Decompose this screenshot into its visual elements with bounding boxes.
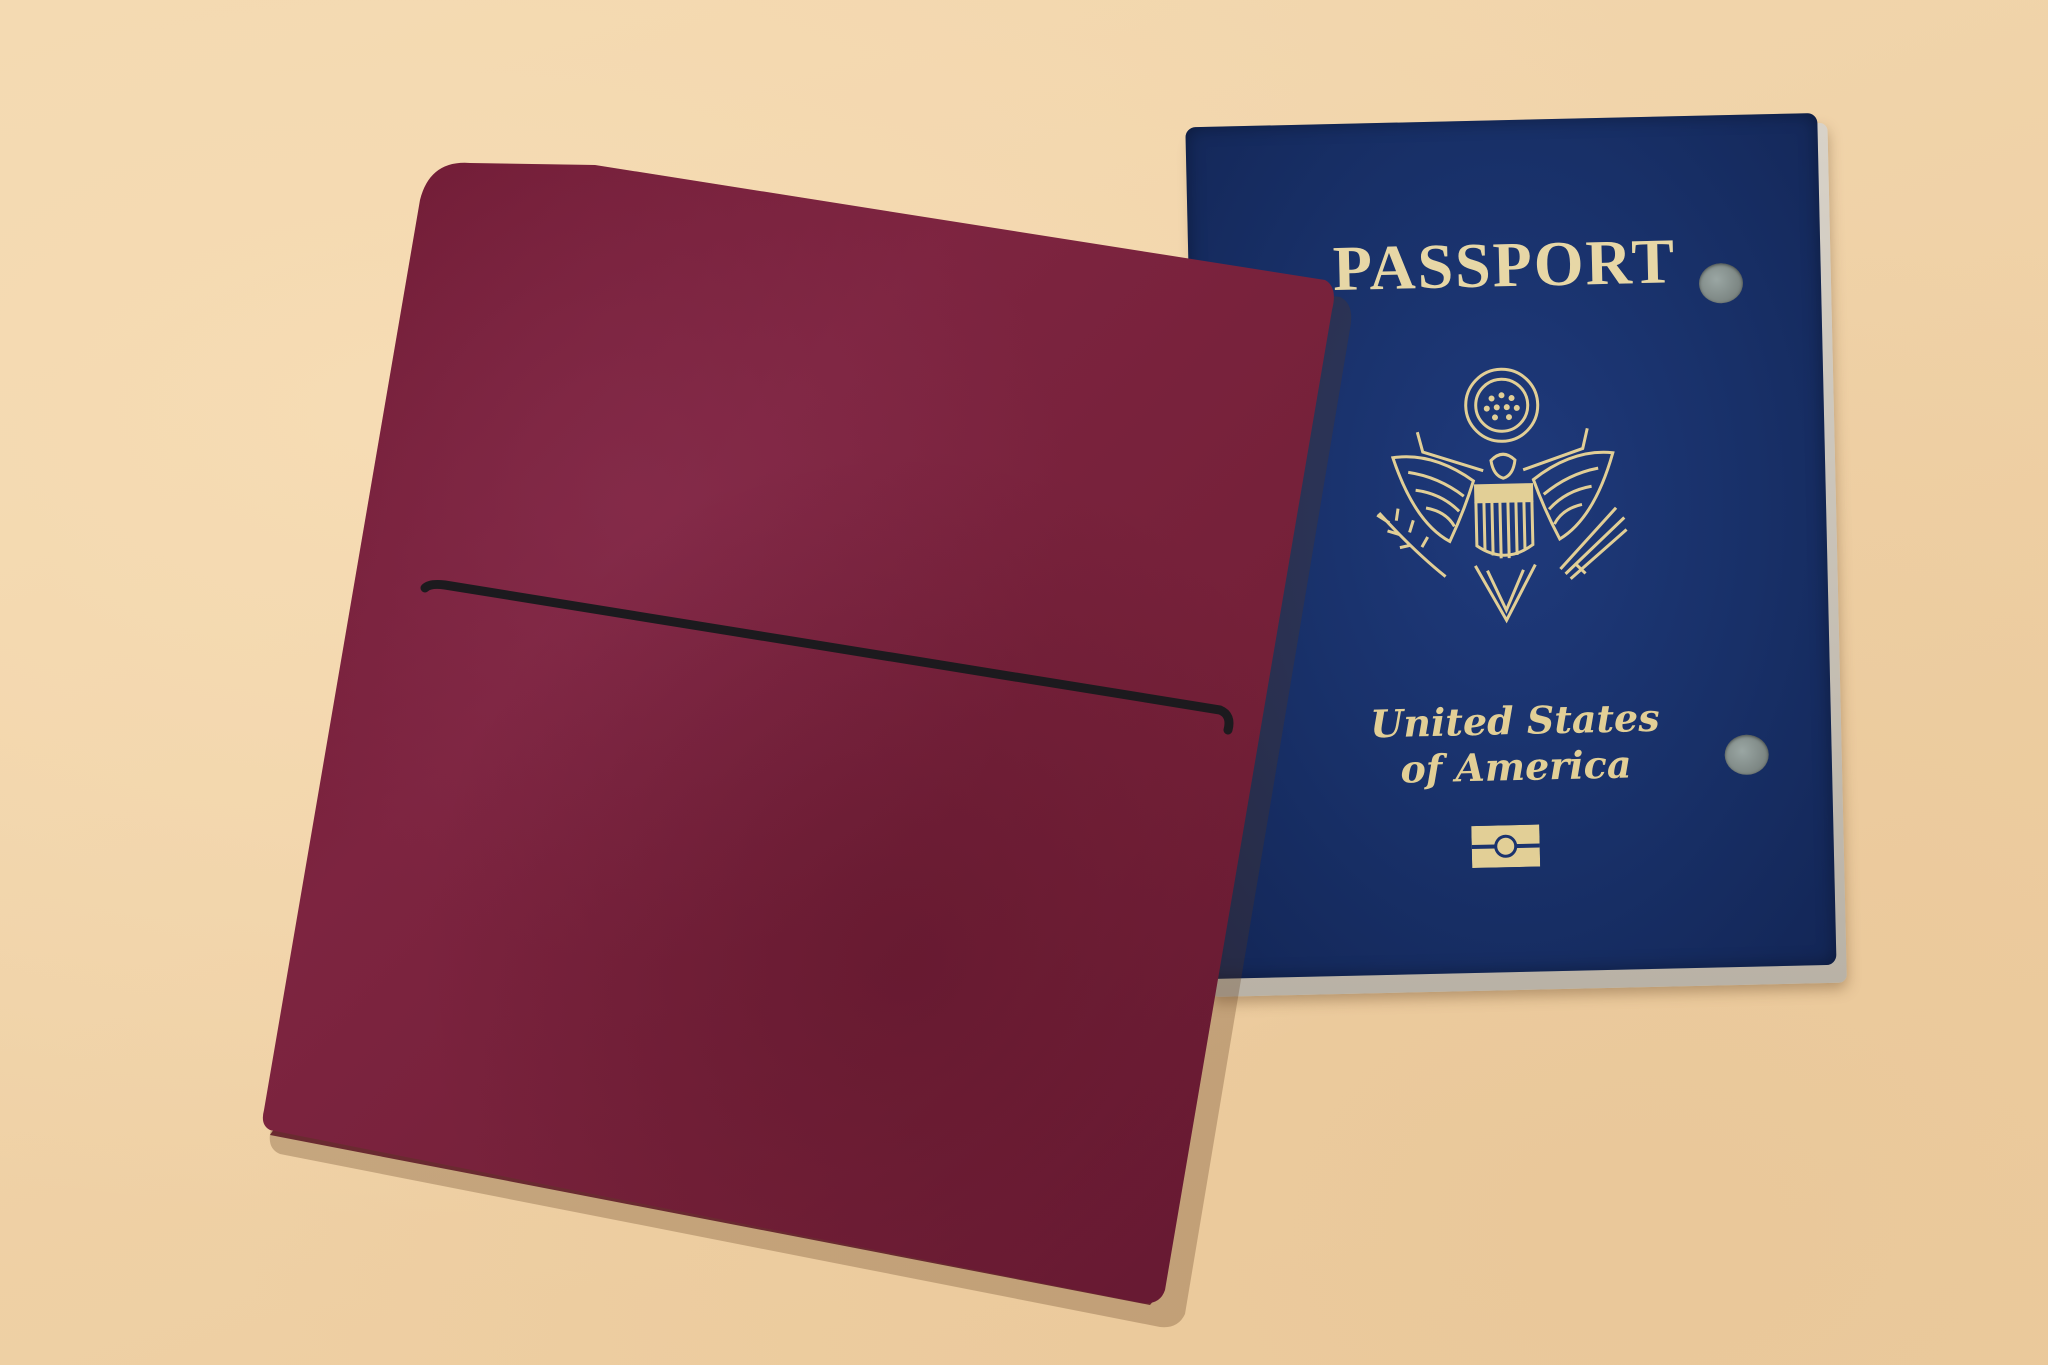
leather-notebook — [270, 165, 1330, 1285]
punch-hole-top — [1699, 263, 1744, 304]
epassport-chip-icon — [1471, 825, 1540, 869]
notebook-shape — [270, 165, 1330, 1285]
great-seal-eagle-icon — [1351, 357, 1657, 644]
photo-scene: PASSPORT — [0, 0, 2048, 1365]
